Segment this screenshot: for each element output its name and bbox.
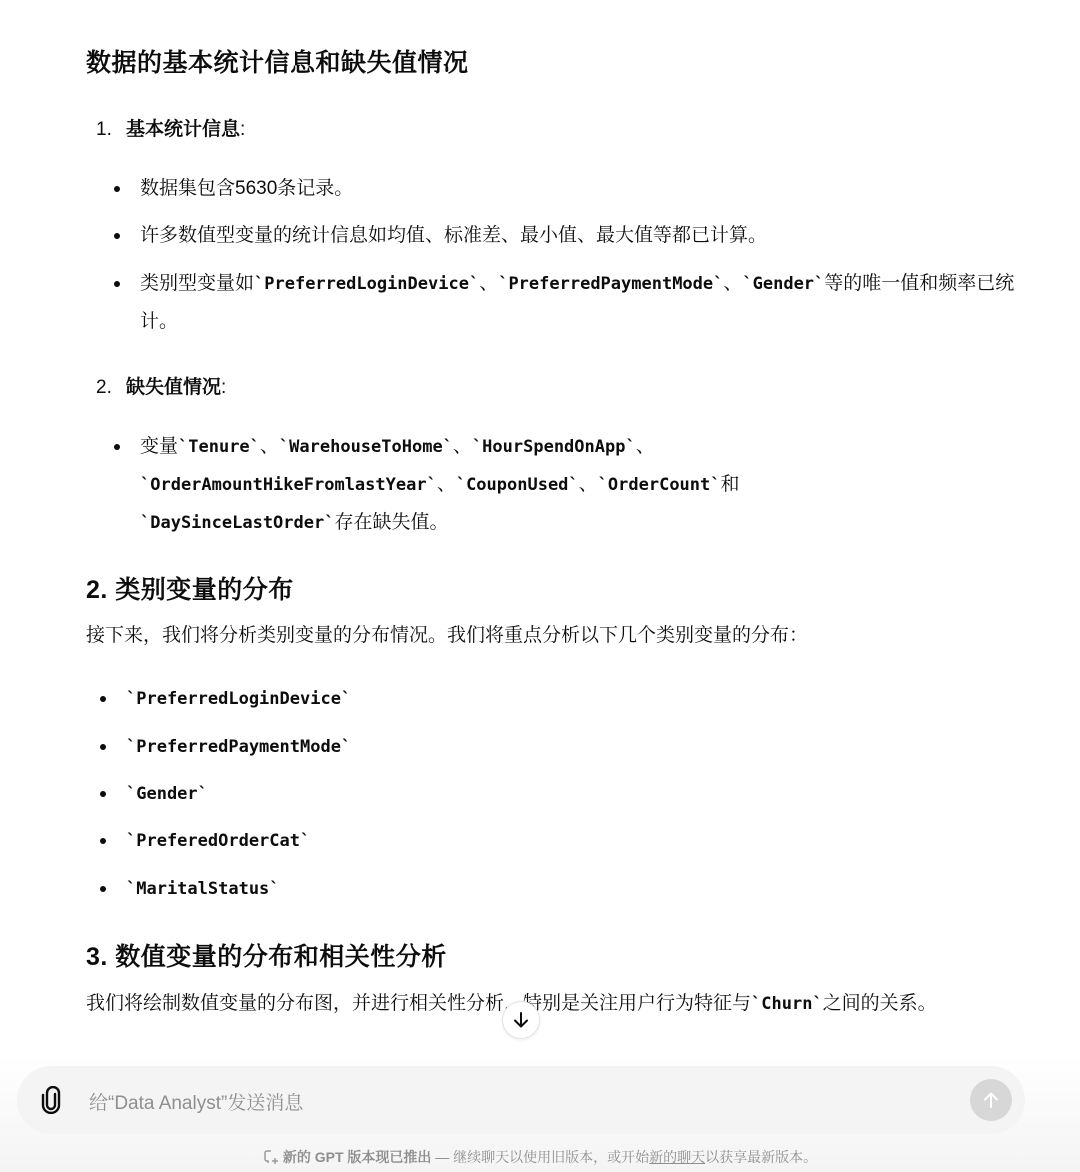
- arrow-down-icon: [512, 1011, 530, 1029]
- section-heading: 数据的基本统计信息和缺失值情况: [86, 43, 469, 79]
- message-composer: 给“Data Analyst”发送消息: [17, 1066, 1025, 1134]
- ordered-item-stats: 1.基本统计信息:: [96, 114, 245, 141]
- new-chat-icon: [263, 1149, 279, 1165]
- paperclip-icon: [39, 1086, 63, 1114]
- list-item: `PreferredLoginDevice`: [126, 680, 351, 718]
- list-item: `Gender`: [126, 775, 208, 813]
- list-item: `PreferredPaymentMode`: [126, 728, 351, 766]
- paragraph: 我们将绘制数值变量的分布图，并进行相关性分析，特别是关注用户行为特征与`Chur…: [86, 985, 996, 1023]
- send-button[interactable]: [970, 1079, 1012, 1121]
- scroll-to-bottom-button[interactable]: [502, 1001, 540, 1039]
- arrow-up-icon: [982, 1091, 1000, 1109]
- new-chat-link[interactable]: 新的聊天: [649, 1149, 705, 1165]
- list-item-categorical: 类别型变量如`PreferredLoginDevice`、`PreferredP…: [140, 265, 1020, 340]
- list-item: 许多数值型变量的统计信息如均值、标准差、最小值、最大值等都已计算。: [140, 217, 1020, 254]
- ordered-item-missing: 2.缺失值情况:: [96, 372, 226, 399]
- list-item: `PreferedOrderCat`: [126, 822, 310, 860]
- section-heading: 2. 类别变量的分布: [86, 570, 294, 606]
- list-item: 数据集包含5630条记录。: [140, 170, 1020, 207]
- list-item-missing-values: 变量`Tenure`、`WarehouseToHome`、`HourSpendO…: [140, 428, 840, 542]
- message-input[interactable]: 给“Data Analyst”发送消息: [89, 1088, 303, 1115]
- paragraph: 接下来，我们将分析类别变量的分布情况。我们将重点分析以下几个类别变量的分布：: [86, 617, 1006, 654]
- list-item: `MaritalStatus`: [126, 870, 280, 908]
- footer-notice: 新的 GPT 版本现已推出 — 继续聊天以使用旧版本，或开始新的聊天以获享最新版…: [0, 1147, 1080, 1167]
- attach-button[interactable]: [39, 1086, 63, 1114]
- section-heading: 3. 数值变量的分布和相关性分析: [86, 937, 447, 973]
